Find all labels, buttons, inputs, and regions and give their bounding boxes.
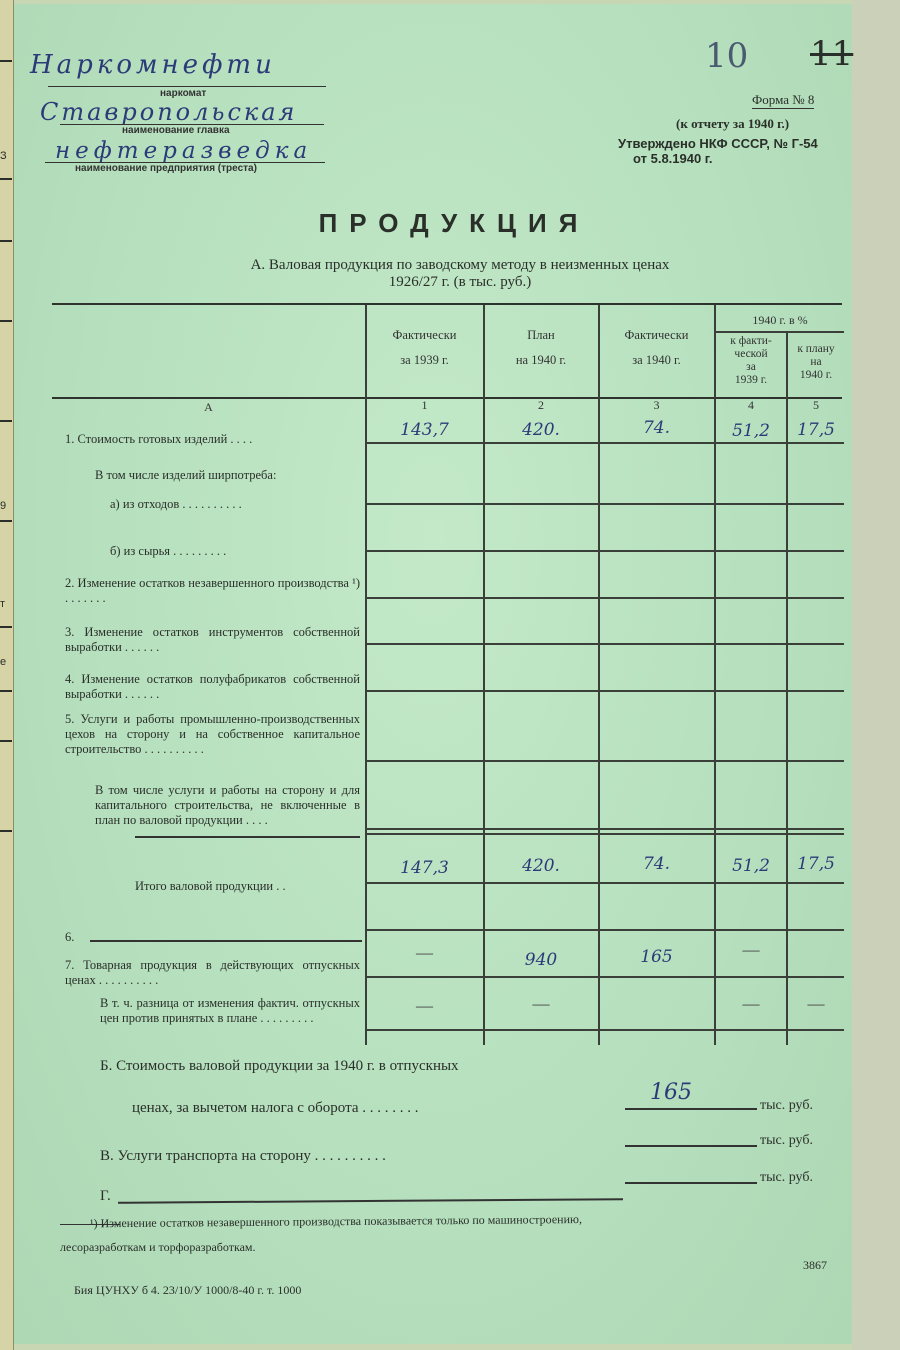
row-rule <box>366 1029 844 1031</box>
order-number: 3867 <box>803 1258 827 1273</box>
col-divider <box>714 305 716 1045</box>
row-label-wip-change: 2. Изменение остатков незавершенного про… <box>65 576 360 606</box>
section-b-field <box>625 1108 757 1110</box>
page-number-struck: 11 <box>810 34 853 74</box>
cell-value: 17,5 <box>787 854 845 874</box>
cell-value: 74. <box>599 854 714 874</box>
narkomat-value: Наркомнефти <box>30 50 276 80</box>
glavk-value: Ставропольская <box>40 98 297 126</box>
section-b-line1: Б. Стоимость валовой продукции за 1940 г… <box>100 1058 459 1075</box>
section-v-field <box>625 1145 757 1147</box>
row-label-from-raw: б) из сырья . . . . . . . . . <box>110 544 360 559</box>
cell-value: 51,2 <box>716 856 786 876</box>
approval-line: Утверждено НКФ СССР, № Г-54 <box>618 136 818 151</box>
cell-value: — <box>787 994 845 1014</box>
print-info: Бия ЦУНХУ б 4. 23/10/У 1000/8-40 г. т. 1… <box>74 1283 301 1298</box>
page-number: 10 <box>705 36 748 76</box>
column-number: 5 <box>787 398 845 413</box>
cell-value: 143,7 <box>366 420 483 440</box>
cell-value: 17,5 <box>787 420 845 440</box>
col-divider <box>598 305 600 1045</box>
section-b-line2: ценах, за вычетом налога с оборота . . .… <box>132 1100 418 1117</box>
section-b-value: 165 <box>650 1080 692 1105</box>
section-a-title: А. Валовая продукция по заводскому метод… <box>0 257 900 274</box>
cell-value: 147,3 <box>366 858 483 878</box>
row-rule <box>366 882 844 884</box>
section-v-label: В. Услуги транспорта на сторону . . . . … <box>100 1148 386 1165</box>
section-v-unit: тыс. руб. <box>760 1133 813 1149</box>
row-rule <box>366 929 844 931</box>
column-number: 4 <box>716 398 786 413</box>
col-divider <box>365 305 367 1045</box>
report-year: (к отчету за 1940 г.) <box>676 116 789 132</box>
enterprise-value: нефтеразведка <box>55 138 312 164</box>
column-number: 1 <box>366 398 483 413</box>
narkomat-underline <box>48 86 326 87</box>
enterprise-caption: наименование предприятия (треста) <box>75 163 257 174</box>
cell-value: 74. <box>599 418 714 438</box>
row-6-blank-line <box>90 940 362 942</box>
page-margin <box>852 0 900 1350</box>
row-label-tools-change: 3. Изменение остатков инструментов собст… <box>65 625 360 655</box>
col-divider <box>483 305 485 1045</box>
row-label-services: 5. Услуги и работы промышленно-производс… <box>65 712 360 757</box>
approval-date: от 5.8.1940 г. <box>633 151 713 166</box>
footnote-line2: лесоразработкам и торфоразработкам. <box>60 1240 256 1255</box>
cell-value: — <box>366 943 483 963</box>
cell-value: — <box>366 996 483 1016</box>
row-rule <box>366 760 844 762</box>
glavk-caption: наименование главка <box>122 125 230 136</box>
row-rule <box>366 643 844 645</box>
cell-value: — <box>716 940 786 960</box>
section-b-unit: тыс. руб. <box>760 1098 813 1114</box>
subtotal-underline <box>135 836 360 838</box>
section-g-field <box>625 1182 757 1184</box>
column-number-a: А <box>52 400 365 415</box>
cell-value: 51,2 <box>716 421 786 441</box>
column-group-header-percent: 1940 г. в % <box>716 311 844 330</box>
column-header-actual-1939: Фактически за 1939 г. <box>366 326 483 370</box>
row-rule <box>366 597 844 599</box>
cell-value: 420. <box>484 856 598 876</box>
column-number: 2 <box>484 398 598 413</box>
row-label-price-difference: В т. ч. разница от изменения фактич. отп… <box>100 996 360 1026</box>
cell-value: — <box>484 994 598 1014</box>
row-rule <box>366 550 844 552</box>
column-header-pct-vs-plan: к плану на 1940 г. <box>787 343 845 382</box>
section-g-label: Г. <box>100 1188 111 1205</box>
row-rule <box>366 833 844 835</box>
row-label-services-not-in-plan: В том числе услуги и работы на сторону и… <box>95 783 360 828</box>
column-header-actual-1940: Фактически за 1940 г. <box>599 326 714 370</box>
cell-value: 940 <box>484 950 598 970</box>
column-header-plan-1940: План на 1940 г. <box>484 326 598 370</box>
form-number: Форма № 8 <box>752 92 814 109</box>
column-header-pct-vs-1939: к факти- ческой за 1939 г. <box>716 335 786 387</box>
row-label-finished-goods: 1. Стоимость готовых изделий . . . . <box>65 432 360 447</box>
row-label-total-gross: Итого валовой продукции . . <box>135 879 360 894</box>
table-top-rule <box>52 303 842 305</box>
row-rule <box>366 976 844 978</box>
row-rule <box>366 690 844 692</box>
cell-value: 420. <box>484 420 598 440</box>
row-label-consumer-goods: В том числе изделий ширпотреба: <box>95 468 360 483</box>
row-label-6: 6. <box>65 930 105 945</box>
section-g-unit: тыс. руб. <box>760 1170 813 1186</box>
page-title: ПРОДУКЦИЯ <box>0 208 900 239</box>
cell-value: 165 <box>599 947 714 967</box>
section-a-subtitle: 1926/27 г. (в тыс. руб.) <box>0 274 900 291</box>
cell-value: — <box>716 994 786 1014</box>
adjacent-page-edge: З 9 т е <box>0 0 14 1350</box>
row-label-commodity-output: 7. Товарная продукция в действующих отпу… <box>65 958 360 988</box>
row-rule <box>366 503 844 505</box>
row-rule <box>366 828 844 830</box>
row-label-semifinished-change: 4. Изменение остатков полуфабрикатов соб… <box>65 672 360 702</box>
column-number: 3 <box>599 398 714 413</box>
group-header-rule <box>716 331 844 333</box>
row-label-from-waste: а) из отходов . . . . . . . . . . <box>110 497 360 512</box>
row-rule <box>366 442 844 444</box>
